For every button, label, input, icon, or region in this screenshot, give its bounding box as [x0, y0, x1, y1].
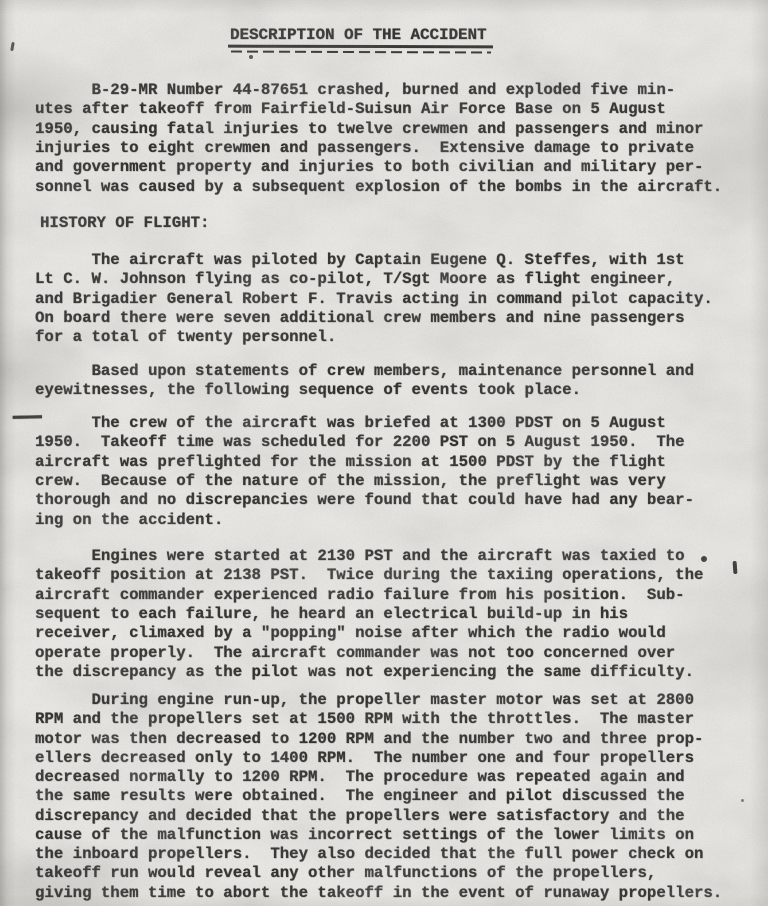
scan-artifact-dot — [741, 799, 744, 802]
paragraph-accident-description: B-29-MR Number 44-87651 crashed, burned … — [35, 81, 722, 197]
page-title: DESCRIPTION OF THE ACCIDENT — [230, 27, 487, 44]
scan-artifact-dot — [701, 556, 707, 562]
paragraph-engine-runup: During engine run-up, the propeller mast… — [35, 691, 722, 903]
paragraph-briefing-preflight: The crew of the aircraft was briefed at … — [35, 414, 694, 530]
paragraph-crew-roster: The aircraft was piloted by Captain Euge… — [35, 251, 713, 348]
scan-artifact-tick — [733, 561, 737, 574]
scan-artifact-tick — [10, 42, 15, 51]
paragraph-statements-basis: Based upon statements of crew members, m… — [35, 362, 694, 401]
title-underline — [228, 45, 493, 48]
title-underline-second-strike — [231, 51, 491, 54]
section-heading-history-of-flight: HISTORY OF FLIGHT: — [40, 214, 209, 233]
scan-artifact-dot — [249, 55, 253, 59]
paragraph-engine-start-taxi: Engines were started at 2130 PST and the… — [35, 547, 703, 682]
scanned-document-page: DESCRIPTION OF THE ACCIDENT B-29-MR Numb… — [0, 0, 768, 906]
